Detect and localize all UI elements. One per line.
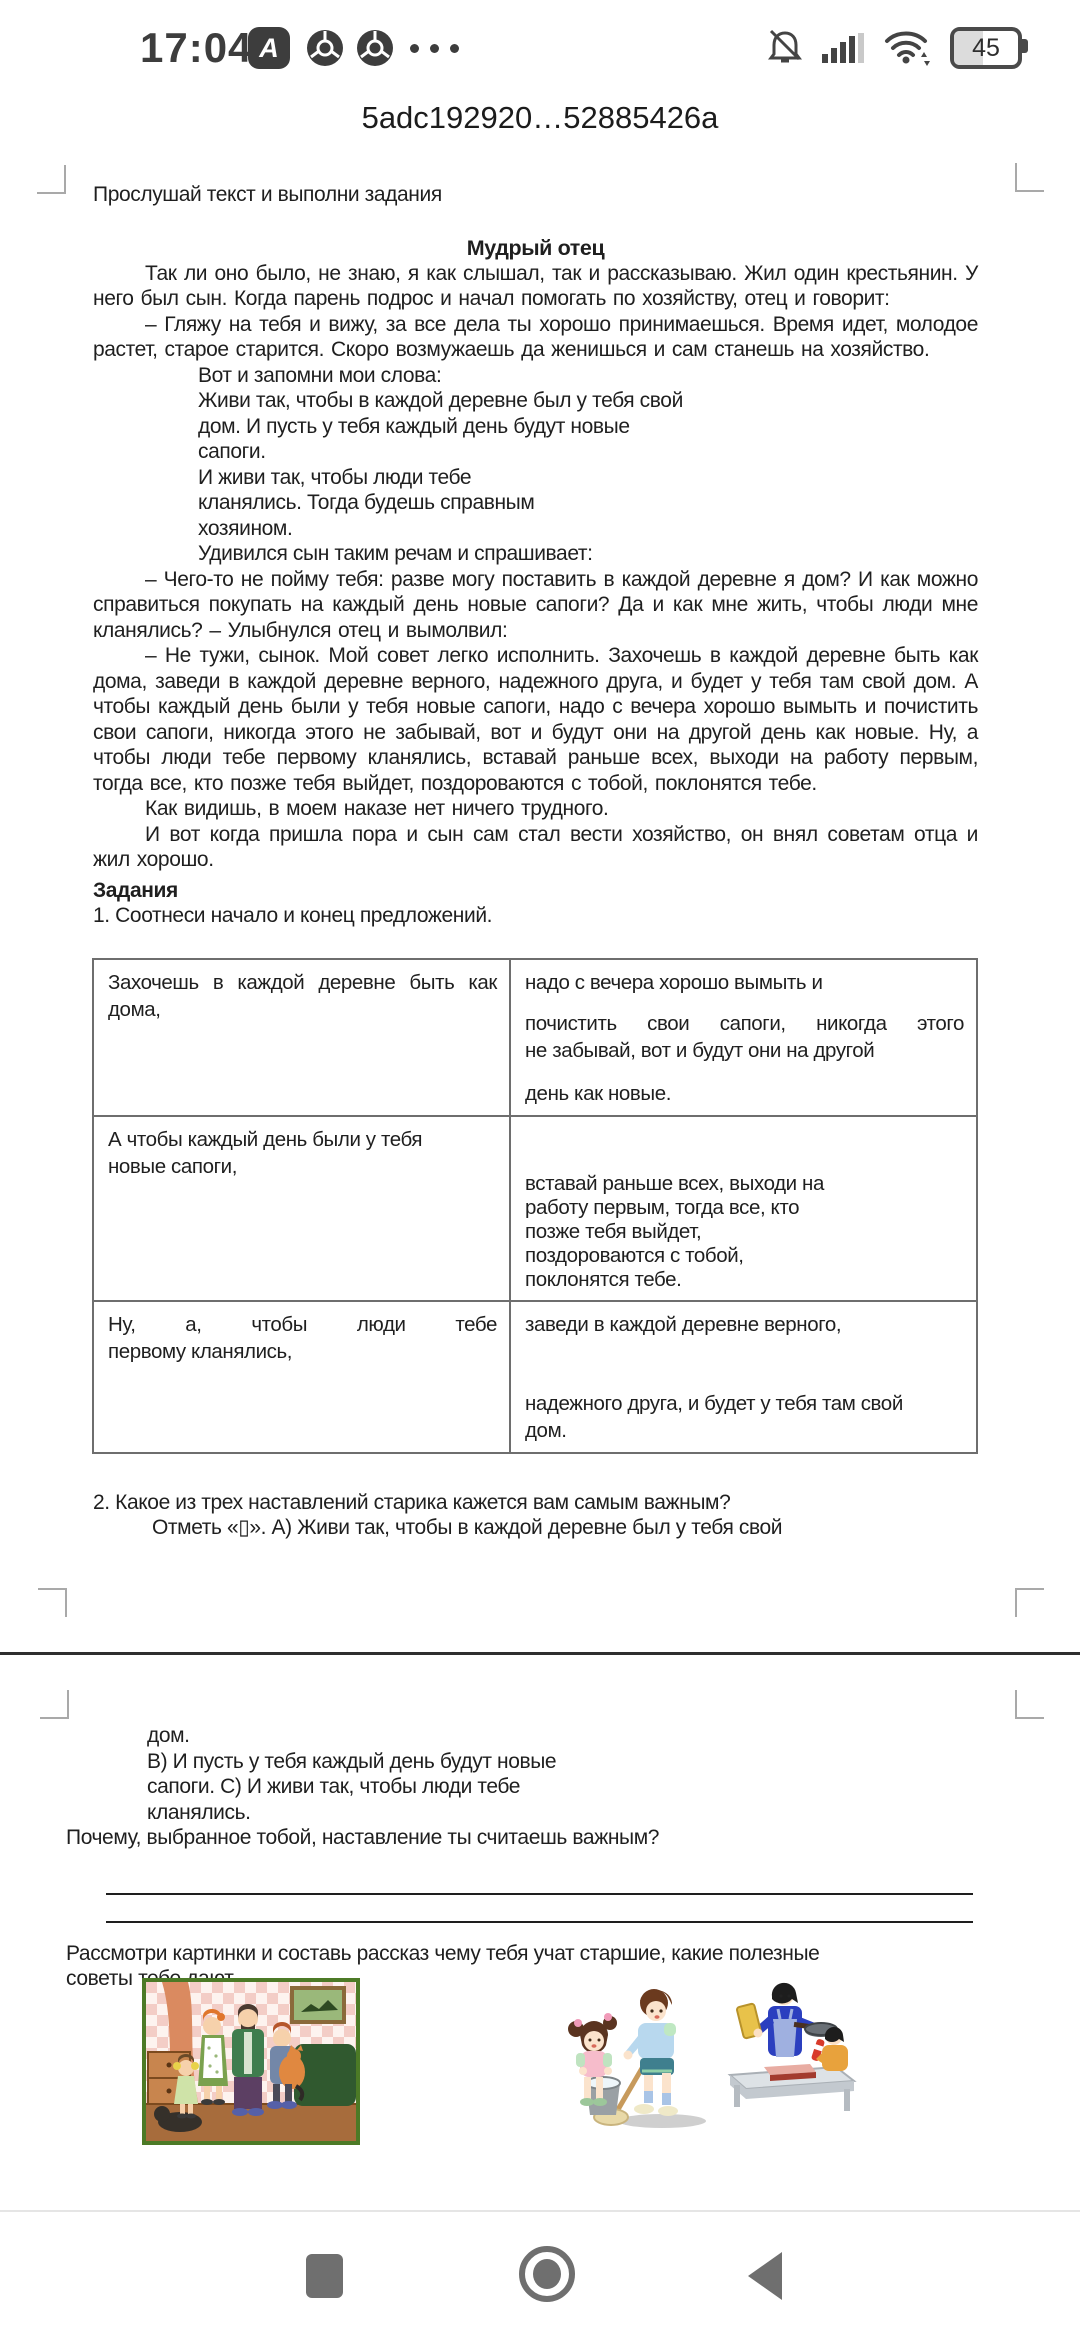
status-bar: 17:04 A <box>0 0 1080 92</box>
answer-line <box>106 1867 973 1895</box>
story-quote-line: сапоги. <box>198 439 978 465</box>
story-paragraph: Так ли оно было, не знаю, я как слышал, … <box>93 261 978 312</box>
picture-task-text: Рассмотри картинки и составь рассказ чем… <box>66 1941 1080 1967</box>
story-title: Мудрый отец <box>93 235 978 261</box>
task-2-option-a: Отметь «▯». А) Живи так, чтобы в каждой … <box>93 1515 978 1541</box>
table-cell-end: заведи в каждой деревне верного, надежно… <box>511 1302 976 1452</box>
back-button[interactable] <box>748 2252 782 2300</box>
page-corner-mark <box>1015 1588 1044 1617</box>
table-cell-end: надо с вечера хорошо вымыть и почистить … <box>511 960 976 1115</box>
table-cell-end: вставай раньше всех, выходи на работу пе… <box>511 1117 976 1300</box>
document-page-1[interactable]: Прослушай текст и выполни задания Мудрый… <box>0 160 1080 1652</box>
option-line: кланялись. <box>147 1800 1080 1826</box>
tasks-heading: Задания <box>93 878 978 904</box>
battery-icon: 45 <box>950 27 1022 69</box>
ellipsis-icon <box>410 44 459 53</box>
story-quote-line: кланялись. Тогда будешь справным <box>198 490 978 516</box>
battery-percent: 45 <box>972 34 1000 63</box>
story-quote-line: И живи так, чтобы люди тебе <box>198 465 978 491</box>
cooking-illustration <box>718 1975 860 2130</box>
table-cell-start: Ну, а, чтобы люди тебе первому кланялись… <box>94 1302 511 1452</box>
story-quote-line: дом. И пусть у тебя каждый день будут но… <box>198 414 978 440</box>
page-corner-mark <box>1015 163 1044 192</box>
story-paragraph: – Не тужи, сынок. Мой совет легко исполн… <box>93 643 978 796</box>
table-row: Захочешь в каждой деревне быть как дома,… <box>94 960 976 1115</box>
table-row: Ну, а, чтобы люди тебе первому кланялись… <box>94 1300 976 1452</box>
story-paragraph: И вот когда пришла пора и сын сам стал в… <box>93 822 978 873</box>
home-button[interactable] <box>519 2246 575 2302</box>
family-illustration <box>142 1978 360 2145</box>
document-title: 5adc192920…52885426a <box>0 100 1080 136</box>
story-quote-line: Вот и запомни мои слова: <box>198 363 978 389</box>
bell-muted-icon <box>767 28 803 68</box>
navigation-bar <box>0 2212 1080 2340</box>
answer-line <box>106 1895 973 1923</box>
page-corner-mark <box>40 1690 69 1719</box>
page-corner-mark <box>37 165 66 194</box>
kids-mopping-illustration <box>566 1973 716 2131</box>
option-line: дом. <box>147 1723 1080 1749</box>
story-paragraph: – Гляжу на тебя и вижу, за все дела ты х… <box>93 312 978 363</box>
page-corner-mark <box>1015 1690 1044 1719</box>
task-1-text: 1. Соотнеси начало и конец предложений. <box>93 903 978 929</box>
chrome-icon <box>306 29 344 67</box>
task-2-text: 2. Какое из трех наставлений старика каж… <box>93 1490 978 1516</box>
chrome-icon <box>356 29 394 67</box>
worksheet-instruction: Прослушай текст и выполни задания <box>93 182 978 208</box>
story-paragraph: Как видишь, в моем наказе нет ничего тру… <box>93 796 978 822</box>
clock: 17:04 <box>140 24 252 72</box>
document-page-2[interactable]: дом. В) И пусть у тебя каждый день будут… <box>0 1655 1080 2210</box>
recents-button[interactable] <box>306 2254 343 2298</box>
table-cell-start: Захочешь в каждой деревне быть как дома, <box>94 960 511 1115</box>
story-quote-line: хозяином. <box>198 516 978 542</box>
a-app-icon: A <box>248 27 290 69</box>
story-paragraph: – Чего-то не пойму тебя: разве могу пост… <box>93 567 978 644</box>
why-question: Почему, выбранное тобой, наставление ты … <box>66 1825 1080 1851</box>
story-quote-line: Удивился сын таким речам и спрашивает: <box>198 541 978 567</box>
wifi-icon <box>883 27 933 69</box>
signal-bars-icon <box>820 28 866 68</box>
matching-table: Захочешь в каждой деревне быть как дома,… <box>92 958 978 1454</box>
option-line: сапоги. С) И живи так, чтобы люди тебе <box>147 1774 1080 1800</box>
option-line: В) И пусть у тебя каждый день будут новы… <box>147 1749 1080 1775</box>
story-quote-line: Живи так, чтобы в каждой деревне был у т… <box>198 388 978 414</box>
table-row: А чтобы каждый день были у тебя новые са… <box>94 1115 976 1300</box>
answer-blank-lines <box>106 1867 973 1923</box>
table-cell-start: А чтобы каждый день были у тебя новые са… <box>94 1117 511 1300</box>
page-corner-mark <box>38 1588 67 1617</box>
